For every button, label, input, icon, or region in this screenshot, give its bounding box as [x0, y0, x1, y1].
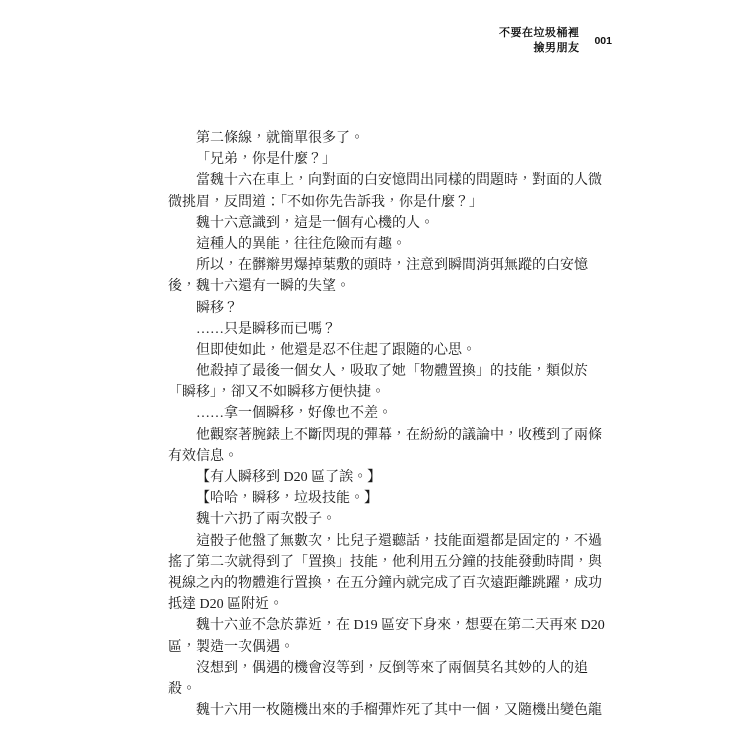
running-header: 不要在垃圾桶裡 撿男朋友 001	[499, 26, 612, 56]
body-text-line: 魏十六扔了兩次骰子。	[168, 509, 598, 530]
body-text-line: 殺。	[168, 679, 598, 700]
body-text-line: 沒想到，偶遇的機會沒等到，反倒等來了兩個莫名其妙的人的追	[168, 658, 598, 679]
body-text-line: 魏十六意識到，這是一個有心機的人。	[168, 213, 598, 234]
body-text-line: 他觀察著腕錶上不斷閃現的彈幕，在紛紛的議論中，收穫到了兩條	[168, 425, 598, 446]
body-text-line: 【有人瞬移到 D20 區了誒。】	[168, 467, 598, 488]
body-text-line: 視線之內的物體進行置換，在五分鐘內就完成了百次遠距離跳躍，成功	[168, 573, 598, 594]
body-text-line: 微挑眉，反問道：「不如你先告訴我，你是什麼？」	[168, 192, 598, 213]
body-text-line: 但即使如此，他還是忍不住起了跟隨的心思。	[168, 340, 598, 361]
body-text: 第二條線，就簡單很多了。「兄弟，你是什麼？」當魏十六在車上，向對面的白安憶問出同…	[168, 128, 598, 721]
body-text-line: 「瞬移」，卻又不如瞬移方便快捷。	[168, 382, 598, 403]
body-text-line: 這種人的異能，往往危險而有趣。	[168, 234, 598, 255]
body-text-line: ……拿一個瞬移，好像也不差。	[168, 403, 598, 424]
body-text-line: ……只是瞬移而已嗎？	[168, 319, 598, 340]
book-title: 不要在垃圾桶裡 撿男朋友	[499, 26, 580, 56]
body-text-line: 他殺掉了最後一個女人，吸取了她「物體置換」的技能，類似於	[168, 361, 598, 382]
book-title-line-2: 撿男朋友	[499, 41, 580, 56]
body-text-line: 搖了第二次就得到了「置換」技能，他利用五分鐘的技能發動時間，與	[168, 552, 598, 573]
body-text-line: 所以，在髒辮男爆掉葉敷的頭時，注意到瞬間消弭無蹤的白安憶	[168, 255, 598, 276]
body-text-line: 魏十六用一枚隨機出來的手榴彈炸死了其中一個，又隨機出變色龍	[168, 700, 598, 721]
body-text-line: 魏十六並不急於靠近，在 D19 區安下身來，想要在第二天再來 D20	[168, 615, 598, 636]
body-text-line: 第二條線，就簡單很多了。	[168, 128, 598, 149]
body-text-line: 這骰子他盤了無數次，比兒子還聽話，技能面還都是固定的，不過	[168, 531, 598, 552]
body-text-line: 【哈哈，瞬移，垃圾技能。】	[168, 488, 598, 509]
body-text-line: 抵達 D20 區附近。	[168, 594, 598, 615]
body-text-line: 當魏十六在車上，向對面的白安憶問出同樣的問題時，對面的人微	[168, 170, 598, 191]
page-number: 001	[594, 35, 612, 47]
body-text-line: 後，魏十六還有一瞬的失望。	[168, 276, 598, 297]
body-text-line: 「兄弟，你是什麼？」	[168, 149, 598, 170]
body-text-line: 區，製造一次偶遇。	[168, 637, 598, 658]
book-title-line-1: 不要在垃圾桶裡	[499, 26, 580, 41]
book-page: 不要在垃圾桶裡 撿男朋友 001 第二條線，就簡單很多了。「兄弟，你是什麼？」當…	[0, 0, 750, 750]
body-text-line: 瞬移？	[168, 298, 598, 319]
body-text-line: 有效信息。	[168, 446, 598, 467]
